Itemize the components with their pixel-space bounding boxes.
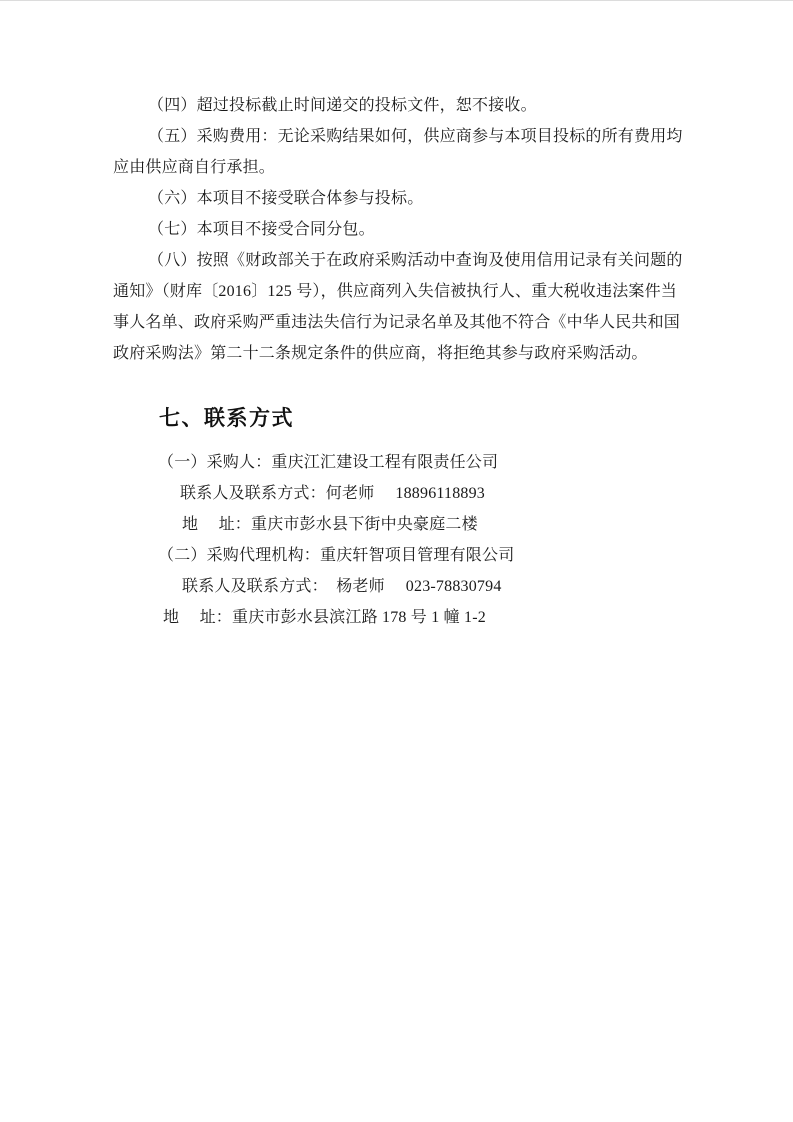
section-heading-contact-info: 七、联系方式 xyxy=(159,404,294,434)
agency-name-line: （二）采购代理机构：重庆轩智项目管理有限公司 xyxy=(113,540,717,571)
purchaser-name-line: （一）采购人：重庆江汇建设工程有限责任公司 xyxy=(113,447,717,478)
clause-item-6: （六）本项目不接受联合体参与投标。 xyxy=(113,183,717,214)
purchaser-address-line: 地 址：重庆市彭水县下街中央豪庭二楼 xyxy=(113,509,717,540)
clause-item-4: （四）超过投标截止时间递交的投标文件，恕不接收。 xyxy=(113,90,717,121)
clause-item-8: （八）按照《财政部关于在政府采购活动中查询及使用信用记录有关问题的 通知》（财库… xyxy=(113,245,717,369)
clause-item-5: （五）采购费用：无论采购结果如何，供应商参与本项目投标的所有费用均 应由供应商自… xyxy=(113,121,717,183)
agency-contact-line: 联系人及联系方式： 杨老师 023-78830794 xyxy=(113,571,717,602)
document-page: （四）超过投标截止时间递交的投标文件，恕不接收。 （五）采购费用：无论采购结果如… xyxy=(0,0,793,1122)
purchaser-contact-line: 联系人及联系方式：何老师 18896118893 xyxy=(113,478,717,509)
contact-info-block: （一）采购人：重庆江汇建设工程有限责任公司 联系人及联系方式：何老师 18896… xyxy=(113,447,717,633)
agency-address-line: 地 址：重庆市彭水县滨江路 178 号 1 幢 1-2 xyxy=(113,602,717,633)
clause-list: （四）超过投标截止时间递交的投标文件，恕不接收。 （五）采购费用：无论采购结果如… xyxy=(113,90,717,369)
clause-item-7: （七）本项目不接受合同分包。 xyxy=(113,214,717,245)
